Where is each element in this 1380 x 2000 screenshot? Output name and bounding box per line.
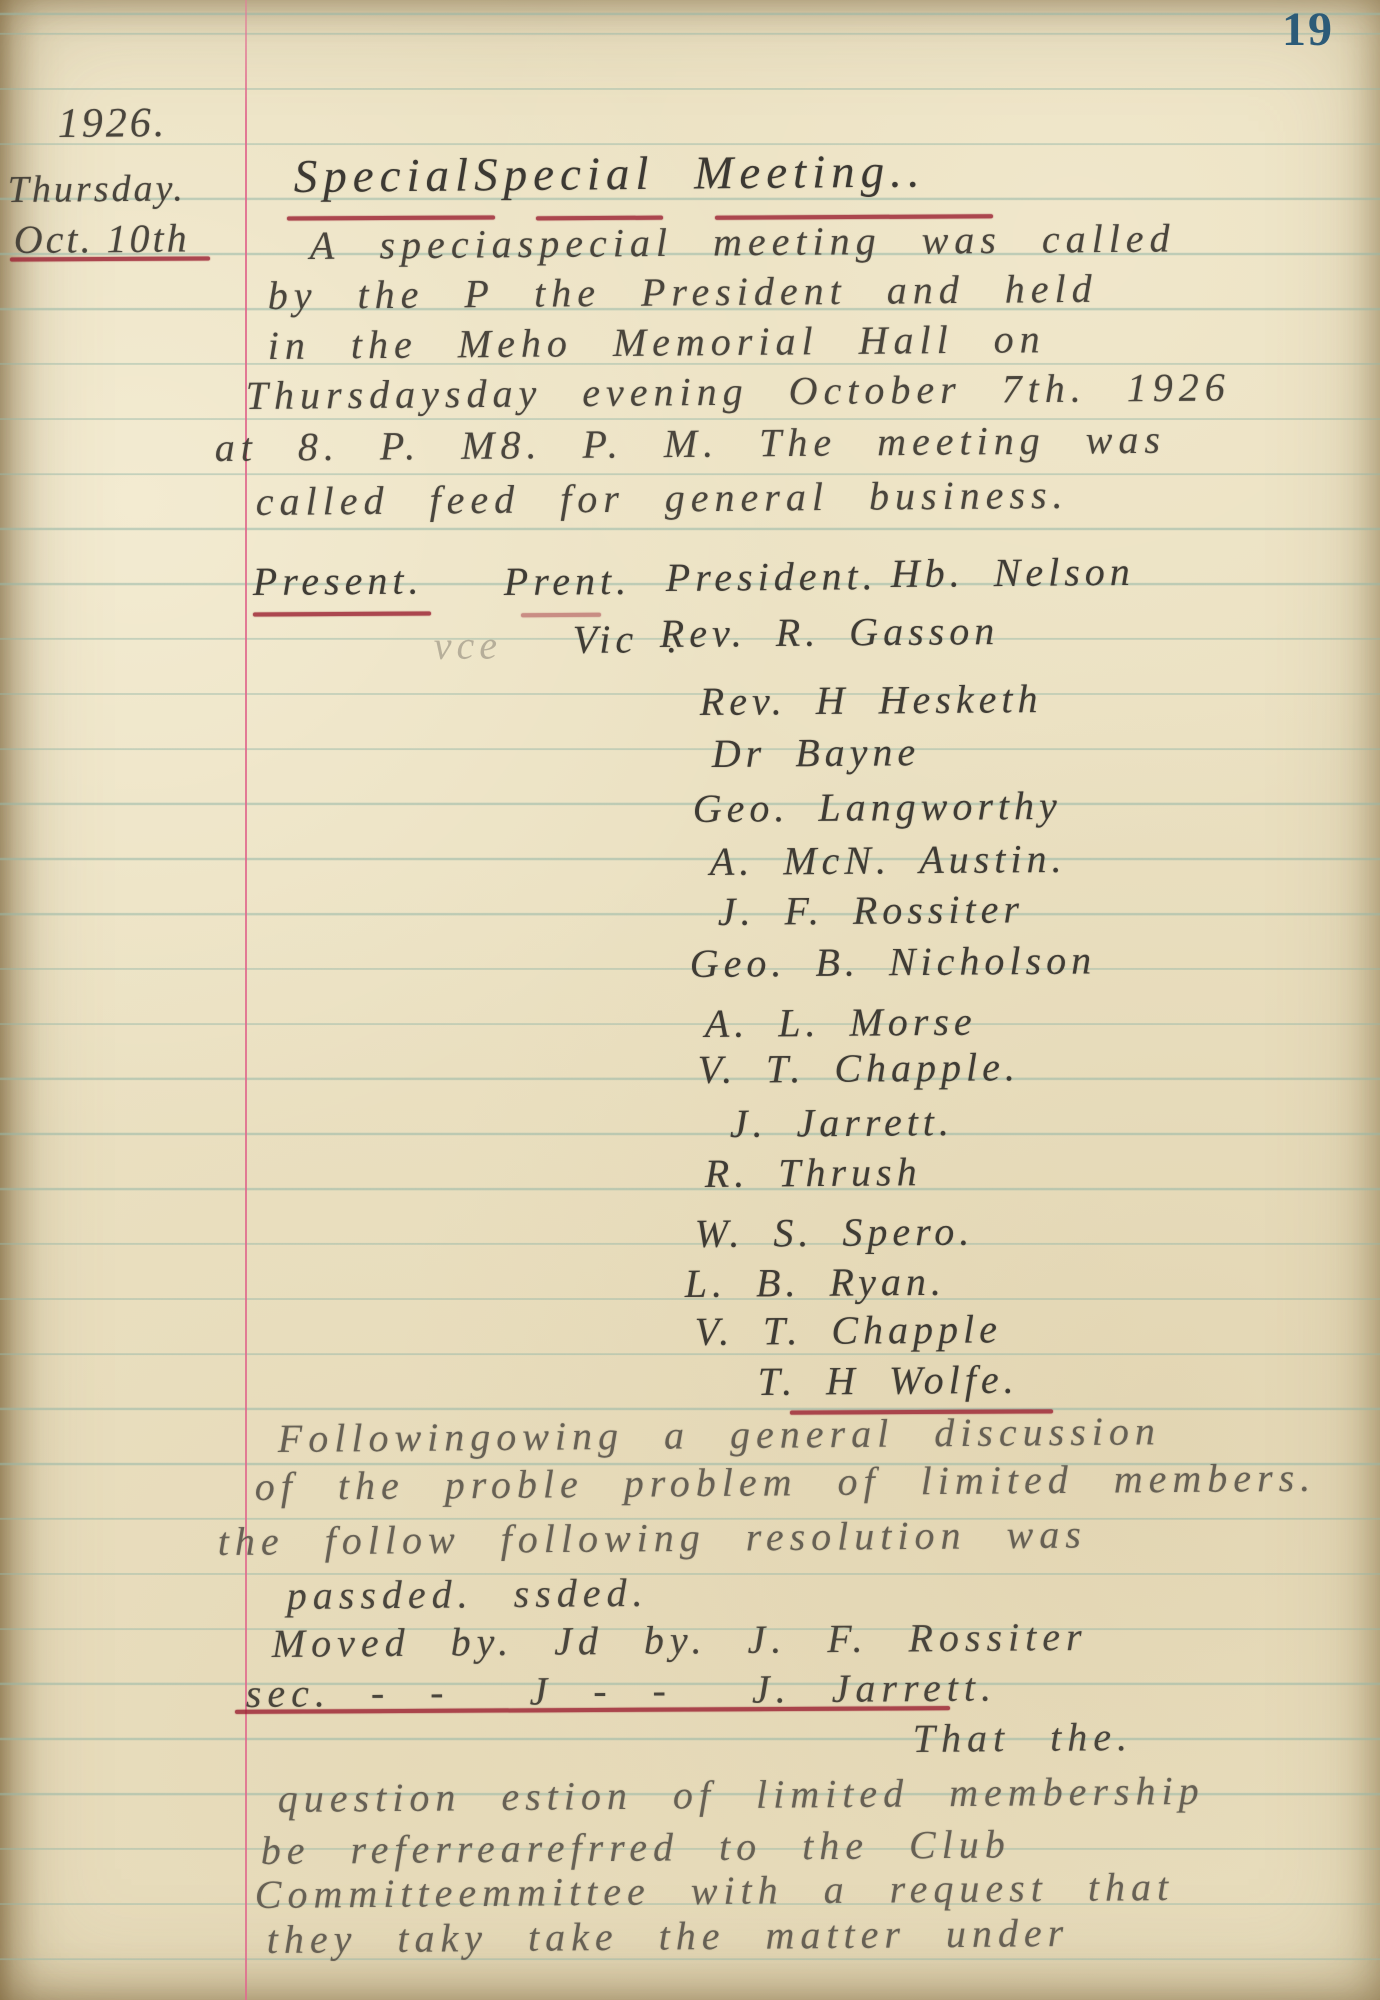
manuscript-line: the follow following resolution was <box>218 1510 1087 1565</box>
resolution-intro: That the. <box>913 1713 1134 1762</box>
manuscript-line: in the Meho Memorial Hall on <box>268 315 1046 369</box>
present-role-president: President. <box>666 552 878 601</box>
manuscript-line: called feed for general business. <box>256 471 1069 525</box>
attendee-name: J. Jarrett. <box>730 1098 955 1147</box>
present-label-echo: Prent. <box>504 557 632 605</box>
manuscript-line: Thursdaysday evening October 7th. 1926 <box>246 363 1231 419</box>
attendee-name: Rev. R. Gasson <box>660 607 1000 657</box>
meeting-heading: SpecialSpecial Meeting.. <box>294 144 926 204</box>
attendee-name: L. B. Ryan. <box>685 1258 947 1307</box>
manuscript-line: A speciaspecial meeting was called <box>310 214 1176 269</box>
resolution-line: they taky take the matter under <box>267 1909 1070 1963</box>
attendee-name: Dr Bayne <box>712 728 921 777</box>
attendee-name: Hb. Nelson <box>891 548 1135 597</box>
attendee-name: J. F. Rossiter <box>718 885 1025 935</box>
present-role-ghost: vce <box>434 621 503 669</box>
present-label: Present. <box>253 557 424 605</box>
page-number: 19 <box>1282 2 1334 57</box>
attendee-name: V. T. Chapple <box>695 1305 1003 1355</box>
manuscript-line: of the proble problem of limited members… <box>255 1454 1317 1510</box>
motion-moved-line: Moved by. Jd by. J. F. Rossiter <box>272 1613 1088 1667</box>
present-red-underline <box>253 612 431 617</box>
manuscript-line: passded. ssded. <box>287 1569 649 1619</box>
attendee-name: R. Thrush <box>705 1148 922 1197</box>
attendee-name: Rev. H Hesketh <box>700 675 1043 725</box>
attendee-name: A. McN. Austin. <box>710 835 1067 885</box>
attendee-name: V. T. Chapple. <box>698 1043 1021 1093</box>
margin-weekday: Thursday. <box>8 166 186 212</box>
manuscript-line: by the P the President and held <box>268 265 1098 319</box>
margin-year: 1926. <box>58 99 168 148</box>
attendee-name: A. L. Morse <box>705 998 977 1047</box>
resolution-line: question estion of limited membership <box>278 1767 1205 1822</box>
attendee-name: T. H Wolfe. <box>758 1356 1019 1405</box>
attendee-name: Geo. Langworthy <box>693 782 1062 832</box>
manuscript-line: at 8. P. M8. P. M. The meeting was <box>215 416 1167 471</box>
manuscript-line: Followingowing a general discussion <box>278 1407 1162 1462</box>
attendee-name: W. S. Spero. <box>695 1208 975 1257</box>
attendee-name: Geo. B. Nicholson <box>690 936 1097 987</box>
notebook-page: 19 1926. Thursday. Oct. 10th SpecialSpec… <box>0 0 1380 2000</box>
